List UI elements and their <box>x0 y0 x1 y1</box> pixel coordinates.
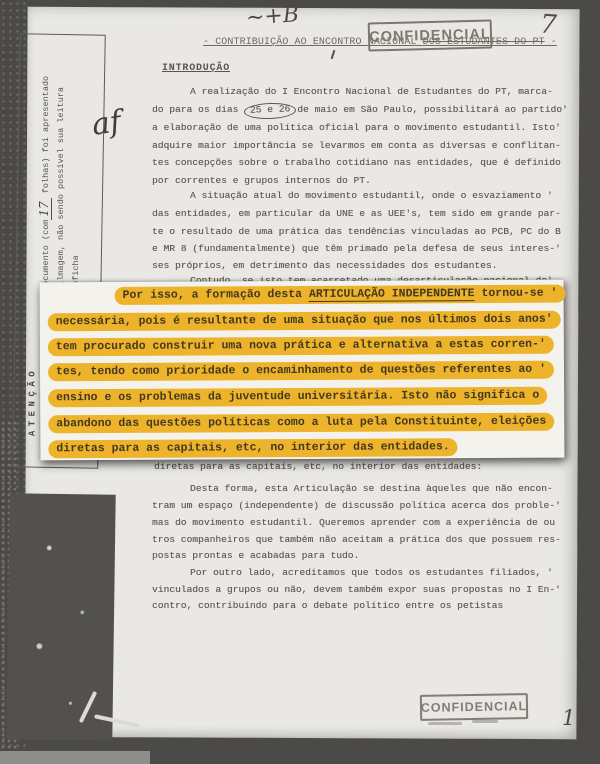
scan-edge-strip <box>0 751 150 764</box>
overlay-line-pre: Por isso, a formação desta <box>123 288 309 302</box>
typed-line: ses próprios, em detrimento das necessid… <box>152 260 497 272</box>
highlight-mark: tem procurado construir uma nova prática… <box>48 336 554 357</box>
typed-line: Desta forma, esta Articulação se destina… <box>190 483 553 495</box>
typed-line: contro, contribuindo para o debate polít… <box>152 600 503 612</box>
microfilm-stamp-text: documento (com17 folhas) foi apresentado… <box>37 41 83 291</box>
overlay-line-post: tornou-se ' <box>475 287 558 300</box>
typed-line: tram um espaço (independente) de discuss… <box>152 500 561 512</box>
illegible-stamp-marks <box>428 722 462 725</box>
illegible-stamp-marks <box>472 720 498 723</box>
highlight-mark: necessária, pois é resultante de uma sit… <box>48 311 561 332</box>
microfilm-line: roficha <box>69 41 84 291</box>
typed-line: vinculados a grupos ou não, devem também… <box>152 584 561 596</box>
typed-line-residual: diretas para as capitais, etc, no interi… <box>154 461 482 473</box>
highlighted-excerpt-overlay: Por isso, a formação desta ARTICULAÇÃO I… <box>40 280 565 461</box>
confidencial-stamp-top: CONFIDENCIAL <box>368 19 493 51</box>
typed-line: te o resultado de uma prática das tendên… <box>152 226 561 238</box>
scan-void-bottom-left <box>6 493 115 740</box>
handwritten-folhas-count: 17 <box>37 198 52 219</box>
handwritten-margin-mark: af <box>90 104 124 143</box>
typed-line: por correntes e grupos internos do PT. <box>152 175 371 187</box>
highlighted-line: ensino e os problemas da juventude unive… <box>48 387 547 408</box>
highlight-mark: Por isso, a formação desta ARTICULAÇÃO I… <box>115 285 566 305</box>
typed-line: Por outro lado, acreditamos que todos os… <box>190 567 553 579</box>
typed-line: postas prontas e acabadas para tudo. <box>152 550 359 562</box>
handwritten-top-note: ~+B <box>245 2 300 31</box>
line-post: de maio em São Paulo, possibilitará ao p… <box>291 104 567 115</box>
microfilm-line: filmagem, não sendo possível sua leitura <box>54 41 69 291</box>
overlay-underlined-term: ARTICULAÇÃO INDEPENDENTE <box>309 287 475 302</box>
handwritten-page-number-bottom: 11 <box>562 706 589 730</box>
typed-line: das entidades, em particular da UNE e as… <box>152 208 561 220</box>
highlighted-line: abandono das questões políticas como a l… <box>48 413 554 434</box>
typed-line: do para os dias 25 e 26 de maio em São P… <box>152 104 568 117</box>
highlight-mark: abandono das questões políticas como a l… <box>48 413 554 434</box>
handwritten-page-number-top: 7 <box>539 9 558 40</box>
typed-line: tros companheiros que também não aceitam… <box>152 534 561 546</box>
microfilm-line-pre: documento (com <box>41 220 51 291</box>
highlight-mark: diretas para as capitais, etc, no interi… <box>48 438 457 458</box>
highlighted-line: Por isso, a formação desta ARTICULAÇÃO I… <box>115 285 566 305</box>
typed-line: a elaboração de uma política oficial par… <box>152 122 561 134</box>
highlight-mark: tes, tendo como prioridade o encaminhame… <box>48 361 554 382</box>
microfilm-line: documento (com17 folhas) foi apresentado <box>37 41 54 291</box>
typed-line: tes concepções sobre o trabalho cotidian… <box>152 157 561 169</box>
typed-line: A situação atual do movimento estudantil… <box>190 190 553 202</box>
scanned-document-page: ~+B 7 af 11 - CONTRIBUIÇÃO AO ENCONTRO N… <box>0 0 600 764</box>
highlighted-line: diretas para as capitais, etc, no interi… <box>48 438 457 458</box>
line-pre: do para os dias <box>152 104 244 115</box>
microfilm-line-post: folhas) foi apresentado <box>41 76 51 198</box>
typed-line: mas do movimento estudantil. Queremos ap… <box>152 517 555 529</box>
confidencial-stamp-bottom: CONFIDENCIAL <box>420 693 528 721</box>
highlight-mark: ensino e os problemas da juventude unive… <box>48 387 547 408</box>
typed-line: A realização do I Encontro Nacional de E… <box>190 86 553 98</box>
section-heading: INTRODUÇÃO <box>162 63 230 74</box>
typed-line: adquire maior importância se levarmos em… <box>152 140 561 152</box>
highlighted-line: necessária, pois é resultante de uma sit… <box>48 311 561 332</box>
typed-line: e MR 8 (fundamentalmente) que têm primad… <box>152 243 561 255</box>
highlighted-line: tes, tendo como prioridade o encaminhame… <box>48 361 554 382</box>
highlighted-line: tem procurado construir uma nova prática… <box>48 336 554 357</box>
